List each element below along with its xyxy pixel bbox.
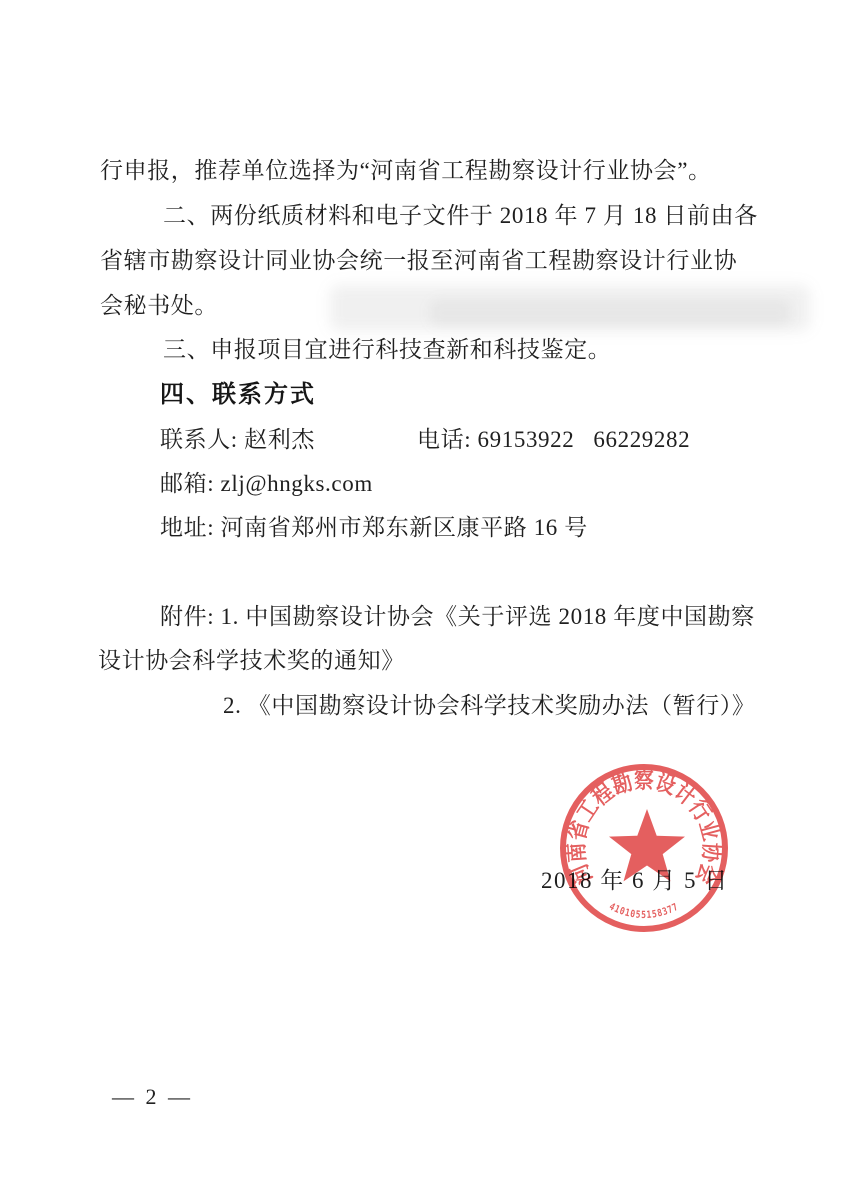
page-number: — 2 — xyxy=(112,1082,193,1112)
body-line: 二、两份纸质材料和电子文件于 2018 年 7 月 18 日前由各 xyxy=(163,201,758,231)
attachment-line: 2. 《中国勘察设计协会科学技术奖励办法（暂行）》 xyxy=(223,691,756,721)
body-line: 三、申报项目宜进行科技查新和科技鉴定。 xyxy=(163,335,611,365)
date-line: 2018 年 6 月 5 日 xyxy=(541,866,729,896)
contact-phone: 电话: 69153922 66229282 xyxy=(417,425,690,455)
bleed-through-smudge xyxy=(430,300,790,326)
body-line: 会秘书处。 xyxy=(100,291,218,321)
body-line: 省辖市勘察设计同业协会统一报至河南省工程勘察设计行业协 xyxy=(100,246,737,276)
section-heading: 四、联系方式 xyxy=(160,380,316,410)
contact-person: 联系人: 赵利杰 xyxy=(160,425,315,455)
official-seal: 河南省工程勘察设计行业协会 4101055158377 xyxy=(546,750,742,946)
contact-email: 邮箱: zlj@hngks.com xyxy=(160,469,373,499)
document-page: 行申报，推荐单位选择为“河南省工程勘察设计行业协会”。 二、两份纸质材料和电子文… xyxy=(0,0,848,1200)
attachment-line: 附件: 1. 中国勘察设计协会《关于评选 2018 年度中国勘察 xyxy=(160,602,755,632)
seal-code-text: 4101055158377 xyxy=(607,901,681,921)
body-line: 行申报，推荐单位选择为“河南省工程勘察设计行业协会”。 xyxy=(100,156,712,186)
contact-address: 地址: 河南省郑州市郑东新区康平路 16 号 xyxy=(160,513,588,543)
attachment-line: 设计协会科学技术奖的通知》 xyxy=(98,646,405,676)
